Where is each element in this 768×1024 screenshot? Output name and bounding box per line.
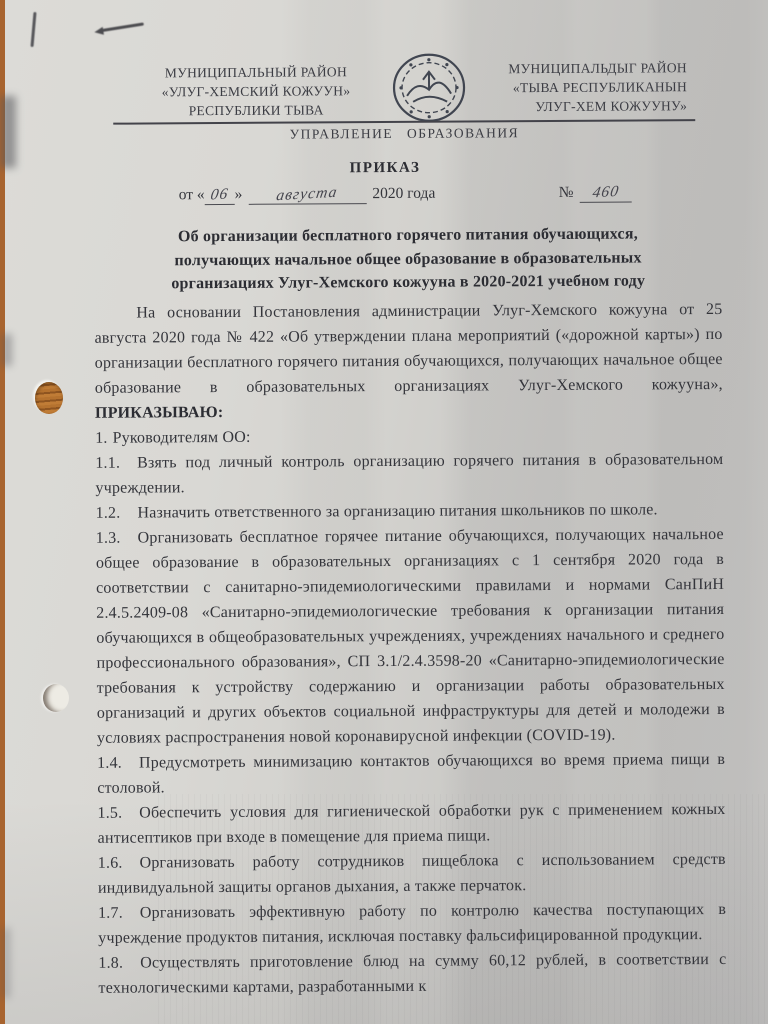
order-item: 1.6.Организовать работу сотрудников пище…: [98, 847, 726, 901]
item-text: Организовать бесплатное горячее питание …: [96, 526, 725, 747]
item-number: 1.2.: [96, 505, 121, 522]
item-text: Предусмотреть минимизацию контактов обуч…: [97, 751, 725, 797]
item-number: 1.6.: [98, 855, 123, 872]
item-number: 1.5.: [97, 805, 122, 822]
scanned-order-photo: { "header": { "left_lines": ["МУНИЦИПАЛЬ…: [0, 0, 768, 1024]
item-text: Взять под личный контроль организацию го…: [95, 451, 723, 497]
municipal-seal-icon: [389, 49, 469, 125]
handwritten-month: августа: [275, 184, 339, 206]
item-text: Назначить ответственного за организацию …: [137, 501, 657, 521]
order-item: 1.8.Осуществлять приготовление блюд на с…: [98, 947, 726, 1001]
order-item: 1.1.Взять под личный контроль организаци…: [95, 447, 723, 501]
order-item: 1.4.Предусмотреть минимизацию контактов …: [97, 747, 725, 801]
order-item: 1.7.Организовать эффективную работу по к…: [98, 897, 726, 951]
date-day-field: 06: [205, 186, 235, 205]
item-number: 1.4.: [97, 755, 122, 772]
order-body: На основании Постановления администрации…: [94, 297, 726, 1001]
org-line: «ТЫВА РЕСПУБЛИКАНЫН: [465, 77, 687, 97]
number-field: 460: [579, 183, 631, 202]
document-content: МУНИЦИПАЛЬНЫЙ РАЙОН«УЛУГ-ХЕМСКИЙ КОЖУУН»…: [3, 0, 768, 1024]
org-line: РЕСПУБЛИКИ ТЫВА: [141, 100, 371, 120]
org-line: МУНИЦИПАЛЬДЫГ РАЙОН: [465, 58, 687, 78]
subject-line: организациях Улуг-Хемского кожууна в 202…: [94, 269, 722, 296]
org-name-tuvan: МУНИЦИПАЛЬДЫГ РАЙОН«ТЫВА РЕСПУБЛИКАНЫНУЛ…: [465, 58, 687, 116]
item-number: 1.1.: [95, 455, 120, 472]
org-line: «УЛУГ-ХЕМСКИЙ КОЖУУН»: [141, 81, 371, 101]
order-date-line: от «06»августа2020 года: [179, 185, 436, 206]
document-type-title: ПРИКАЗ: [3, 158, 766, 180]
order-item: 1.3.Организовать бесплатное горячее пита…: [96, 522, 725, 751]
item-number: 1.8.: [98, 955, 123, 972]
order-item: 1.2.Назначить ответственного за организа…: [96, 497, 724, 526]
intro-text: На основании Постановления администрации…: [95, 301, 723, 397]
item-text: Руководителям ОО:: [113, 429, 251, 447]
org-name-russian: МУНИЦИПАЛЬНЫЙ РАЙОН«УЛУГ-ХЕМСКИЙ КОЖУУН»…: [141, 62, 371, 120]
date-month-field: августа: [248, 185, 366, 205]
item-text: Организовать работу сотрудников пищеблок…: [98, 851, 726, 897]
order-item: 1.5.Обеспечить условия для гигиенической…: [97, 797, 725, 851]
order-items: 1.Руководителям ОО: 1.1.Взять под личный…: [95, 422, 727, 1001]
date-year: 2020 года: [372, 185, 435, 202]
order-subject: Об организации бесплатного горячего пита…: [94, 222, 722, 296]
number-label: №: [559, 184, 574, 201]
paper-sheet: МУНИЦИПАЛЬНЫЙ РАЙОН«УЛУГ-ХЕМСКИЙ КОЖУУН»…: [5, 0, 768, 1024]
item-number: 1.3.: [96, 530, 121, 547]
item-text: Обеспечить условия для гигиенической обр…: [98, 801, 726, 847]
intro-decree-word: ПРИКАЗЫВАЮ:: [95, 404, 223, 422]
handwritten-number: 460: [591, 183, 620, 203]
org-line: МУНИЦИПАЛЬНЫЙ РАЙОН: [141, 62, 371, 82]
item-number: 1.7.: [98, 905, 123, 922]
item-text: Организовать эффективную работу по контр…: [98, 901, 726, 947]
subject-line: Об организации бесплатного горячего пита…: [94, 222, 722, 249]
order-number-line: №460: [559, 183, 632, 202]
date-close-quote: »: [235, 186, 243, 203]
org-line: УЛУГ-ХЕМ КОЖУУНУ»: [465, 96, 687, 116]
item-text: Осуществлять приготовление блюд на сумму…: [98, 951, 726, 997]
date-prefix: от «: [179, 186, 205, 203]
item-number: 1.: [95, 430, 108, 447]
order-item: 1.Руководителям ОО:: [95, 422, 723, 451]
department-name: УПРАВЛЕНИЕ ОБРАЗОВАНИЯ: [113, 124, 695, 144]
handwritten-day: 06: [209, 186, 229, 205]
intro-paragraph: На основании Постановления администрации…: [94, 297, 723, 426]
